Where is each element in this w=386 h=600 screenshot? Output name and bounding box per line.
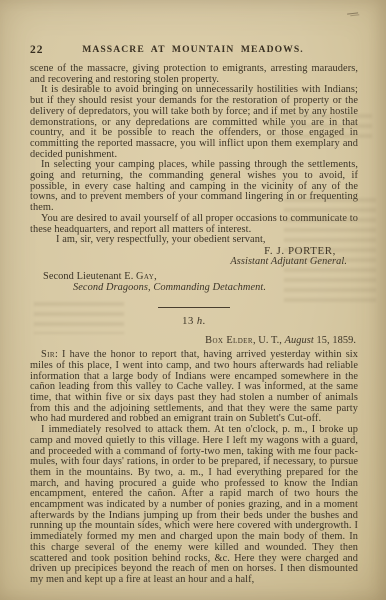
- paragraph: You are desired to avail yourself of all…: [30, 214, 358, 235]
- addressee-prefix: Second Lieutenant E.: [43, 271, 136, 282]
- page-number: 22: [30, 44, 44, 56]
- addressee-suffix: ,: [154, 271, 157, 282]
- dateline-daterest: 15, 1859.: [314, 335, 356, 346]
- paragraph-continuation: scene of the massacre, giving protection…: [30, 64, 358, 85]
- paragraph: I immediately resolved to attack them. A…: [30, 425, 358, 586]
- dateline-place: Box Elder: [205, 335, 253, 346]
- section-number: 13: [182, 316, 194, 327]
- paragraph-text: I have the honor to report that, having …: [30, 349, 358, 424]
- paragraph: It is desirable to avoid bringing on unn…: [30, 85, 358, 160]
- salutation-separator: :: [55, 349, 62, 360]
- salutation: Sir: [41, 349, 55, 360]
- addressee-name: Gay: [136, 271, 154, 282]
- paragraph: In selecting your camping places, while …: [30, 160, 358, 214]
- section-letter: h.: [197, 316, 206, 327]
- pencil-mark: [347, 10, 358, 14]
- book-page: 22 MASSACRE AT MOUNTAIN MEADOWS. scene o…: [0, 0, 386, 600]
- page-body: scene of the massacre, giving protection…: [30, 64, 358, 586]
- running-title: MASSACRE AT MOUNTAIN MEADOWS.: [30, 44, 356, 55]
- section-heading: 13 h.: [30, 317, 358, 328]
- dateline-month: August: [285, 335, 314, 346]
- addressee-detail: Second Dragoons, Commanding Detachment.: [73, 283, 358, 294]
- section-divider-rule: [158, 307, 230, 308]
- page-header: 22 MASSACRE AT MOUNTAIN MEADOWS.: [30, 44, 356, 57]
- dateline: Box Elder, U. T., August 15, 1859.: [30, 336, 356, 347]
- dateline-territory: , U. T.,: [253, 335, 285, 346]
- paragraph-with-salutation: Sir: I have the honor to report that, ha…: [30, 350, 358, 425]
- signature-title: Assistant Adjutant General.: [30, 257, 347, 268]
